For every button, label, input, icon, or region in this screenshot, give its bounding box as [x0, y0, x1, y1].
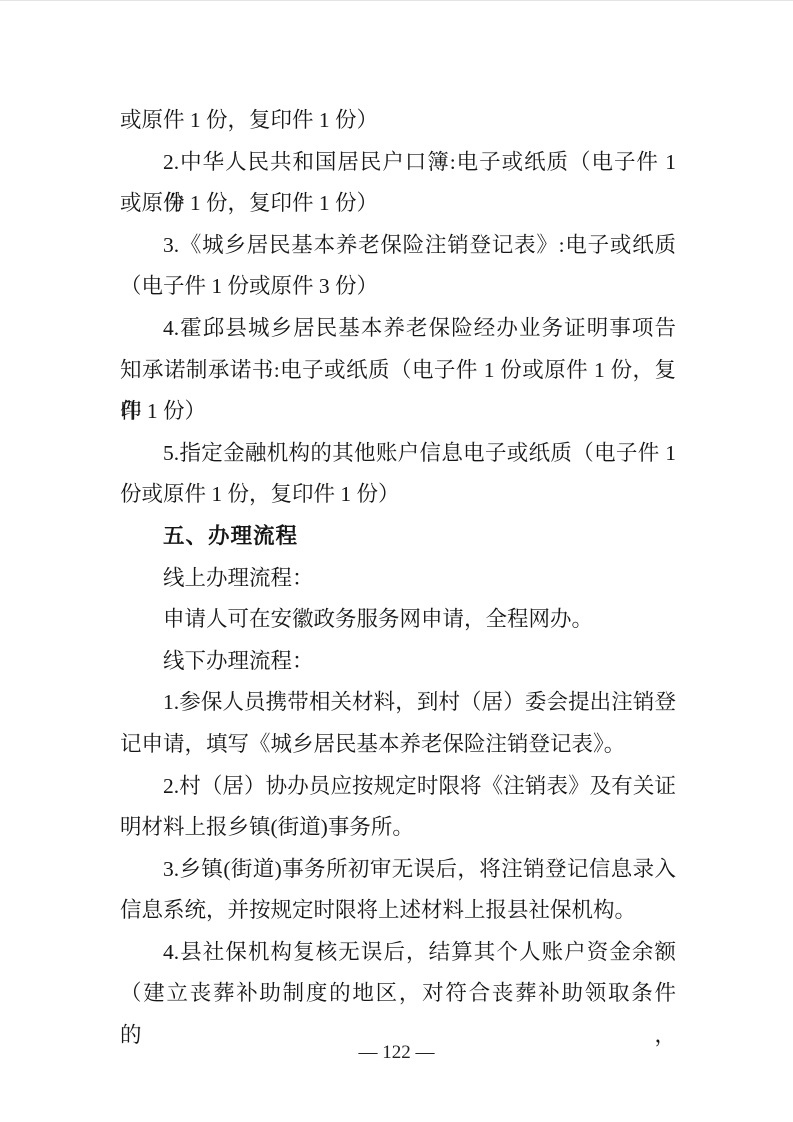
document-line: 2.村（居）协办员应按规定时限将《注销表》及有关证	[120, 766, 676, 808]
document-line: 记申请，填写《城乡居民基本养老保险注销登记表》。	[120, 724, 676, 766]
document-line: 件 1 份）	[120, 391, 676, 433]
document-line: 4.霍邱县城乡居民基本养老保险经办业务证明事项告	[120, 308, 676, 350]
document-line: 4.县社保机构复核无误后，结算其个人账户资金余额	[120, 932, 676, 974]
document-line: （电子件 1 份或原件 3 份）	[120, 266, 676, 308]
document-line: 线下办理流程：	[120, 641, 676, 683]
document-line: 5.指定金融机构的其他账户信息电子或纸质（电子件 1	[120, 433, 676, 475]
document-line: 1.参保人员携带相关材料，到村（居）委会提出注销登	[120, 682, 676, 724]
document-line: 2.中华人民共和国居民户口簿:电子或纸质（电子件 1 份	[120, 142, 676, 184]
page-number-footer: — 122 —	[0, 1042, 793, 1064]
document-text-block: 或原件 1 份，复印件 1 份） 2.中华人民共和国居民户口簿:电子或纸质（电子…	[120, 100, 676, 1015]
document-line: （建立丧葬补助制度的地区，对符合丧葬补助领取条件的，	[120, 973, 676, 1015]
document-line: 知承诺制承诺书:电子或纸质（电子件 1 份或原件 1 份，复印	[120, 350, 676, 392]
document-page: 或原件 1 份，复印件 1 份） 2.中华人民共和国居民户口簿:电子或纸质（电子…	[0, 0, 793, 1122]
document-line: 或原件 1 份，复印件 1 份）	[120, 100, 676, 142]
document-line: 3.《城乡居民基本养老保险注销登记表》:电子或纸质	[120, 225, 676, 267]
document-line: 或原件 1 份，复印件 1 份）	[120, 183, 676, 225]
document-line: 申请人可在安徽政务服务网申请，全程网办。	[120, 599, 676, 641]
document-line: 信息系统，并按规定时限将上述材料上报县社保机构。	[120, 890, 676, 932]
document-line: 线上办理流程：	[120, 558, 676, 600]
page-top-edge	[0, 0, 793, 1]
document-line: 3.乡镇(街道)事务所初审无误后，将注销登记信息录入	[120, 849, 676, 891]
document-line: 明材料上报乡镇(街道)事务所。	[120, 807, 676, 849]
document-line: 份或原件 1 份，复印件 1 份）	[120, 474, 676, 516]
section-heading: 五、办理流程	[120, 516, 676, 558]
